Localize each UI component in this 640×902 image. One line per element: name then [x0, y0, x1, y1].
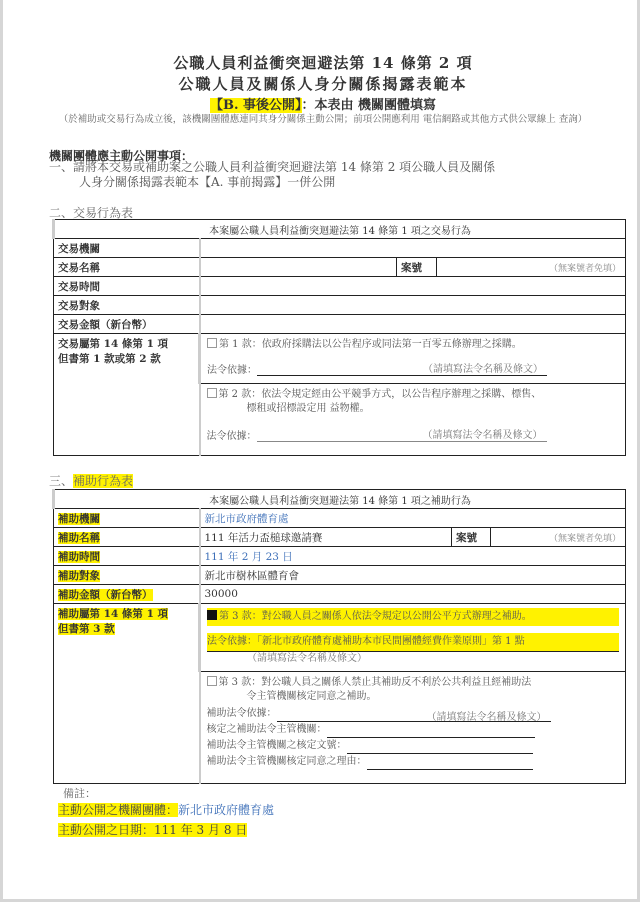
field-subsidy-recipient[interactable]: 新北市樹林區體育會: [200, 566, 626, 585]
section3-prefix: 三、: [49, 474, 73, 488]
clause2-text: 第 2 款：依法令規定經由公平競爭方式，以公告程序辦理之採購、標售、 標租或招標…: [207, 388, 620, 416]
label-case-number: 案號: [452, 528, 491, 547]
clause2-cell: 第 2 款：依法令規定經由公平競爭方式，以公告程序辦理之採購、標售、 標租或招標…: [200, 384, 626, 456]
label-text: 補助金額（新台幣）: [58, 589, 153, 601]
label-transaction-name: 交易名稱: [54, 258, 200, 277]
label-transaction-agency: 交易機關: [54, 239, 200, 258]
clause3a-law-value[interactable]: 「新北市政府體育處補助本市民間團體經費作業原則」第 1 點: [257, 636, 525, 647]
item1-line1: 一、請將本交易或補助案之公職人員利益衝突迴避法第 14 條第 2 項公職人員及關…: [49, 160, 495, 174]
label-text: 補助對象: [58, 570, 100, 582]
clause3b-authority-row: 核定之補助法令主管機關：: [207, 722, 620, 738]
section3-title-highlight: 補助行為表: [73, 474, 133, 488]
category-line2: 但書第 3 款: [58, 623, 115, 635]
label-case-number: 案號: [397, 258, 437, 277]
clause3a-law-hint: （請填寫法令名稱及條文）: [207, 652, 619, 666]
field-label: 補助法令主管機關核定同意之理由：: [207, 754, 367, 770]
disclosing-org-label: 主動公開之機關團體：: [58, 803, 178, 817]
field-case-number[interactable]: （無案號者免填）: [491, 528, 626, 547]
clause3b-label-line1: 第 3 款：對公職人員之關係人禁止其補助反不利於公共利益且經補助法: [219, 677, 532, 688]
label-text: 補助時間: [58, 551, 100, 563]
field-subsidy-name[interactable]: 111 年活力盃槌球邀請賽: [200, 528, 452, 547]
label-text: 補助機關: [58, 513, 100, 525]
field-transaction-name[interactable]: [200, 258, 397, 277]
category-line1: 補助屬第 14 條第 1 項: [58, 608, 168, 620]
label-transaction-amount: 交易金額（新台幣）: [54, 315, 200, 334]
law-basis-label: 法令依據：: [207, 427, 257, 442]
doc-title-line3: 【B. 事後公開】：本表由 機關團體填寫: [3, 94, 640, 113]
clause3a-label: 第 3 款：對公職人員之關係人依法令規定以公開公平方式辦理之補助。: [219, 611, 532, 622]
section3-title: 三、補助行為表: [49, 472, 133, 489]
remarks-label: 備註：: [63, 785, 96, 801]
field-transaction-agency[interactable]: [200, 239, 626, 258]
clause1-law-basis: 法令依據： （請填寫法令名稱及條文）: [207, 360, 619, 376]
clause2-checkbox[interactable]: [207, 388, 217, 398]
clause3b-approval-no-input[interactable]: [347, 742, 533, 754]
label-subsidy-time: 補助時間: [54, 547, 200, 566]
disclosure-date-label: 主動公開之日期：: [58, 823, 154, 837]
clause3b-cell: 第 3 款：對公職人員之關係人禁止其補助反不利於公共利益且經補助法 令主管機關核…: [200, 672, 626, 784]
disclosing-org-line: 主動公開之機關團體：新北市政府體育處: [58, 801, 274, 818]
disclosure-type-tag: 【B. 事後公開】: [210, 98, 302, 113]
field-transaction-time[interactable]: [200, 277, 626, 296]
clause2-law-input[interactable]: （請填寫法令名稱及條文）: [257, 426, 547, 442]
label-transaction-time: 交易時間: [54, 277, 200, 296]
label-transaction-party: 交易對象: [54, 296, 200, 315]
label-text: 補助名稱: [58, 532, 100, 544]
document-page: 公職人員利益衝突迴避法第 14 條第 2 項 公職人員及關係人身分關係揭露表範本…: [0, 0, 640, 902]
disclosure-date-line: 主動公開之日期：111 年 3 月 8 日: [58, 821, 247, 838]
clause3b-law-basis-row: 補助法令依據： （請填寫法令名稱及條文）: [207, 706, 620, 722]
clause3b-reason-row: 補助法令主管機關核定同意之理由：: [207, 754, 620, 770]
disclosure-date-highlight: 主動公開之日期：111 年 3 月 8 日: [58, 823, 247, 837]
field-transaction-party[interactable]: [200, 296, 626, 315]
clause3b-label-line2: 令主管機關核定同意之補助。: [207, 690, 620, 704]
clause3a-checkbox-checked[interactable]: [207, 610, 217, 620]
law-basis-label: 法令依據：: [207, 636, 257, 647]
clause3a-cell: 第 3 款：對公職人員之關係人依法令規定以公開公平方式辦理之補助。 法令依據：「…: [200, 604, 626, 672]
disclosure-item-1: 一、請將本交易或補助案之公職人員利益衝突迴避法第 14 條第 2 項公職人員及關…: [49, 160, 619, 190]
doc-title-line1: 公職人員利益衝突迴避法第 14 條第 2 項: [3, 52, 640, 73]
clause3b-law-basis-input[interactable]: （請填寫法令名稱及條文）: [277, 710, 551, 722]
label-subsidy-name: 補助名稱: [54, 528, 200, 547]
clause2-label-line2: 標租或招標設定用 益物權。: [207, 402, 620, 416]
item1-line2: 人身分關係揭露表範本【A. 事前揭露】一併公開: [49, 175, 619, 190]
doc-title-line2: 公職人員及關係人身分關係揭露表範本: [3, 73, 640, 94]
field-label: 核定之補助法令主管機關：: [207, 722, 327, 738]
clause1-checkbox[interactable]: [207, 338, 217, 348]
clause1-text: 第 1 款：依政府採購法以公告程序或同法第一百零五條辦理之採購。: [207, 338, 619, 352]
field-subsidy-amount[interactable]: 30000: [200, 585, 626, 604]
label-subsidy-agency: 補助機關: [54, 509, 200, 528]
field-label: 補助法令主管機關之核定文號：: [207, 738, 347, 754]
clause2-label-line1: 第 2 款：依法令規定經由公平競爭方式，以公告程序辦理之採購、標售、: [219, 389, 542, 400]
clause3b-reason-input[interactable]: [367, 758, 533, 770]
clause1-label: 第 1 款：依政府採購法以公告程序或同法第一百零五條辦理之採購。: [219, 339, 522, 350]
field-subsidy-agency[interactable]: 新北市政府體育處: [200, 509, 626, 528]
subsidy-table-header: 本案屬公職人員利益衝突迴避法第 14 條第 1 項之補助行為: [54, 490, 626, 509]
clause3b-checkbox[interactable]: [207, 676, 217, 686]
label-transaction-category: 交易屬第 14 條第 1 項 但書第 1 款或第 2 款: [54, 334, 200, 456]
clause3a-law-basis: 法令依據：「新北市政府體育處補助本市民間團體經費作業原則」第 1 點 （請填寫法…: [207, 633, 619, 666]
clause3b-authority-input[interactable]: [327, 726, 535, 738]
clause2-law-basis: 法令依據： （請填寫法令名稱及條文）: [207, 426, 620, 442]
label-subsidy-amount: 補助金額（新台幣）: [54, 585, 200, 604]
clause3b-approval-no-row: 補助法令主管機關之核定文號：: [207, 738, 620, 754]
clause1-cell: 第 1 款：依政府採購法以公告程序或同法第一百零五條辦理之採購。 法令依據： （…: [200, 334, 626, 384]
disclosure-date-value: 111 年 3 月 8 日: [154, 823, 247, 837]
fill-instruction: ：本表由 機關團體填寫: [302, 98, 437, 113]
clause1-law-input[interactable]: （請填寫法令名稱及條文）: [257, 360, 547, 376]
subsidy-table: 本案屬公職人員利益衝突迴避法第 14 條第 1 項之補助行為 補助機關 新北市政…: [52, 489, 626, 784]
label-subsidy-category: 補助屬第 14 條第 1 項 但書第 3 款: [54, 604, 200, 784]
disclosing-org-value: 新北市政府體育處: [178, 803, 274, 817]
field-transaction-amount[interactable]: [200, 315, 626, 334]
transaction-table-header: 本案屬公職人員利益衝突迴避法第 14 條第 1 項之交易行為: [54, 220, 626, 239]
subnote: （於補助或交易行為成立後，該機關團體應連同其身分關係主動公開；前項公開應利用 電…: [43, 113, 603, 126]
category-line2: 但書第 1 款或第 2 款: [58, 352, 194, 367]
label-subsidy-recipient: 補助對象: [54, 566, 200, 585]
field-subsidy-time[interactable]: 111 年 2 月 23 日: [200, 547, 626, 566]
law-basis-label: 法令依據：: [207, 361, 257, 376]
clause3a-text: 第 3 款：對公職人員之關係人依法令規定以公開公平方式辦理之補助。: [207, 608, 619, 626]
clause3b-text: 第 3 款：對公職人員之關係人禁止其補助反不利於公共利益且經補助法 令主管機關核…: [207, 676, 620, 704]
field-case-number[interactable]: （無案號者免填）: [437, 258, 626, 277]
transaction-table: 本案屬公職人員利益衝突迴避法第 14 條第 1 項之交易行為 交易機關 交易名稱…: [52, 219, 626, 456]
category-line1: 交易屬第 14 條第 1 項: [58, 337, 194, 352]
field-label: 補助法令依據：: [207, 706, 277, 722]
